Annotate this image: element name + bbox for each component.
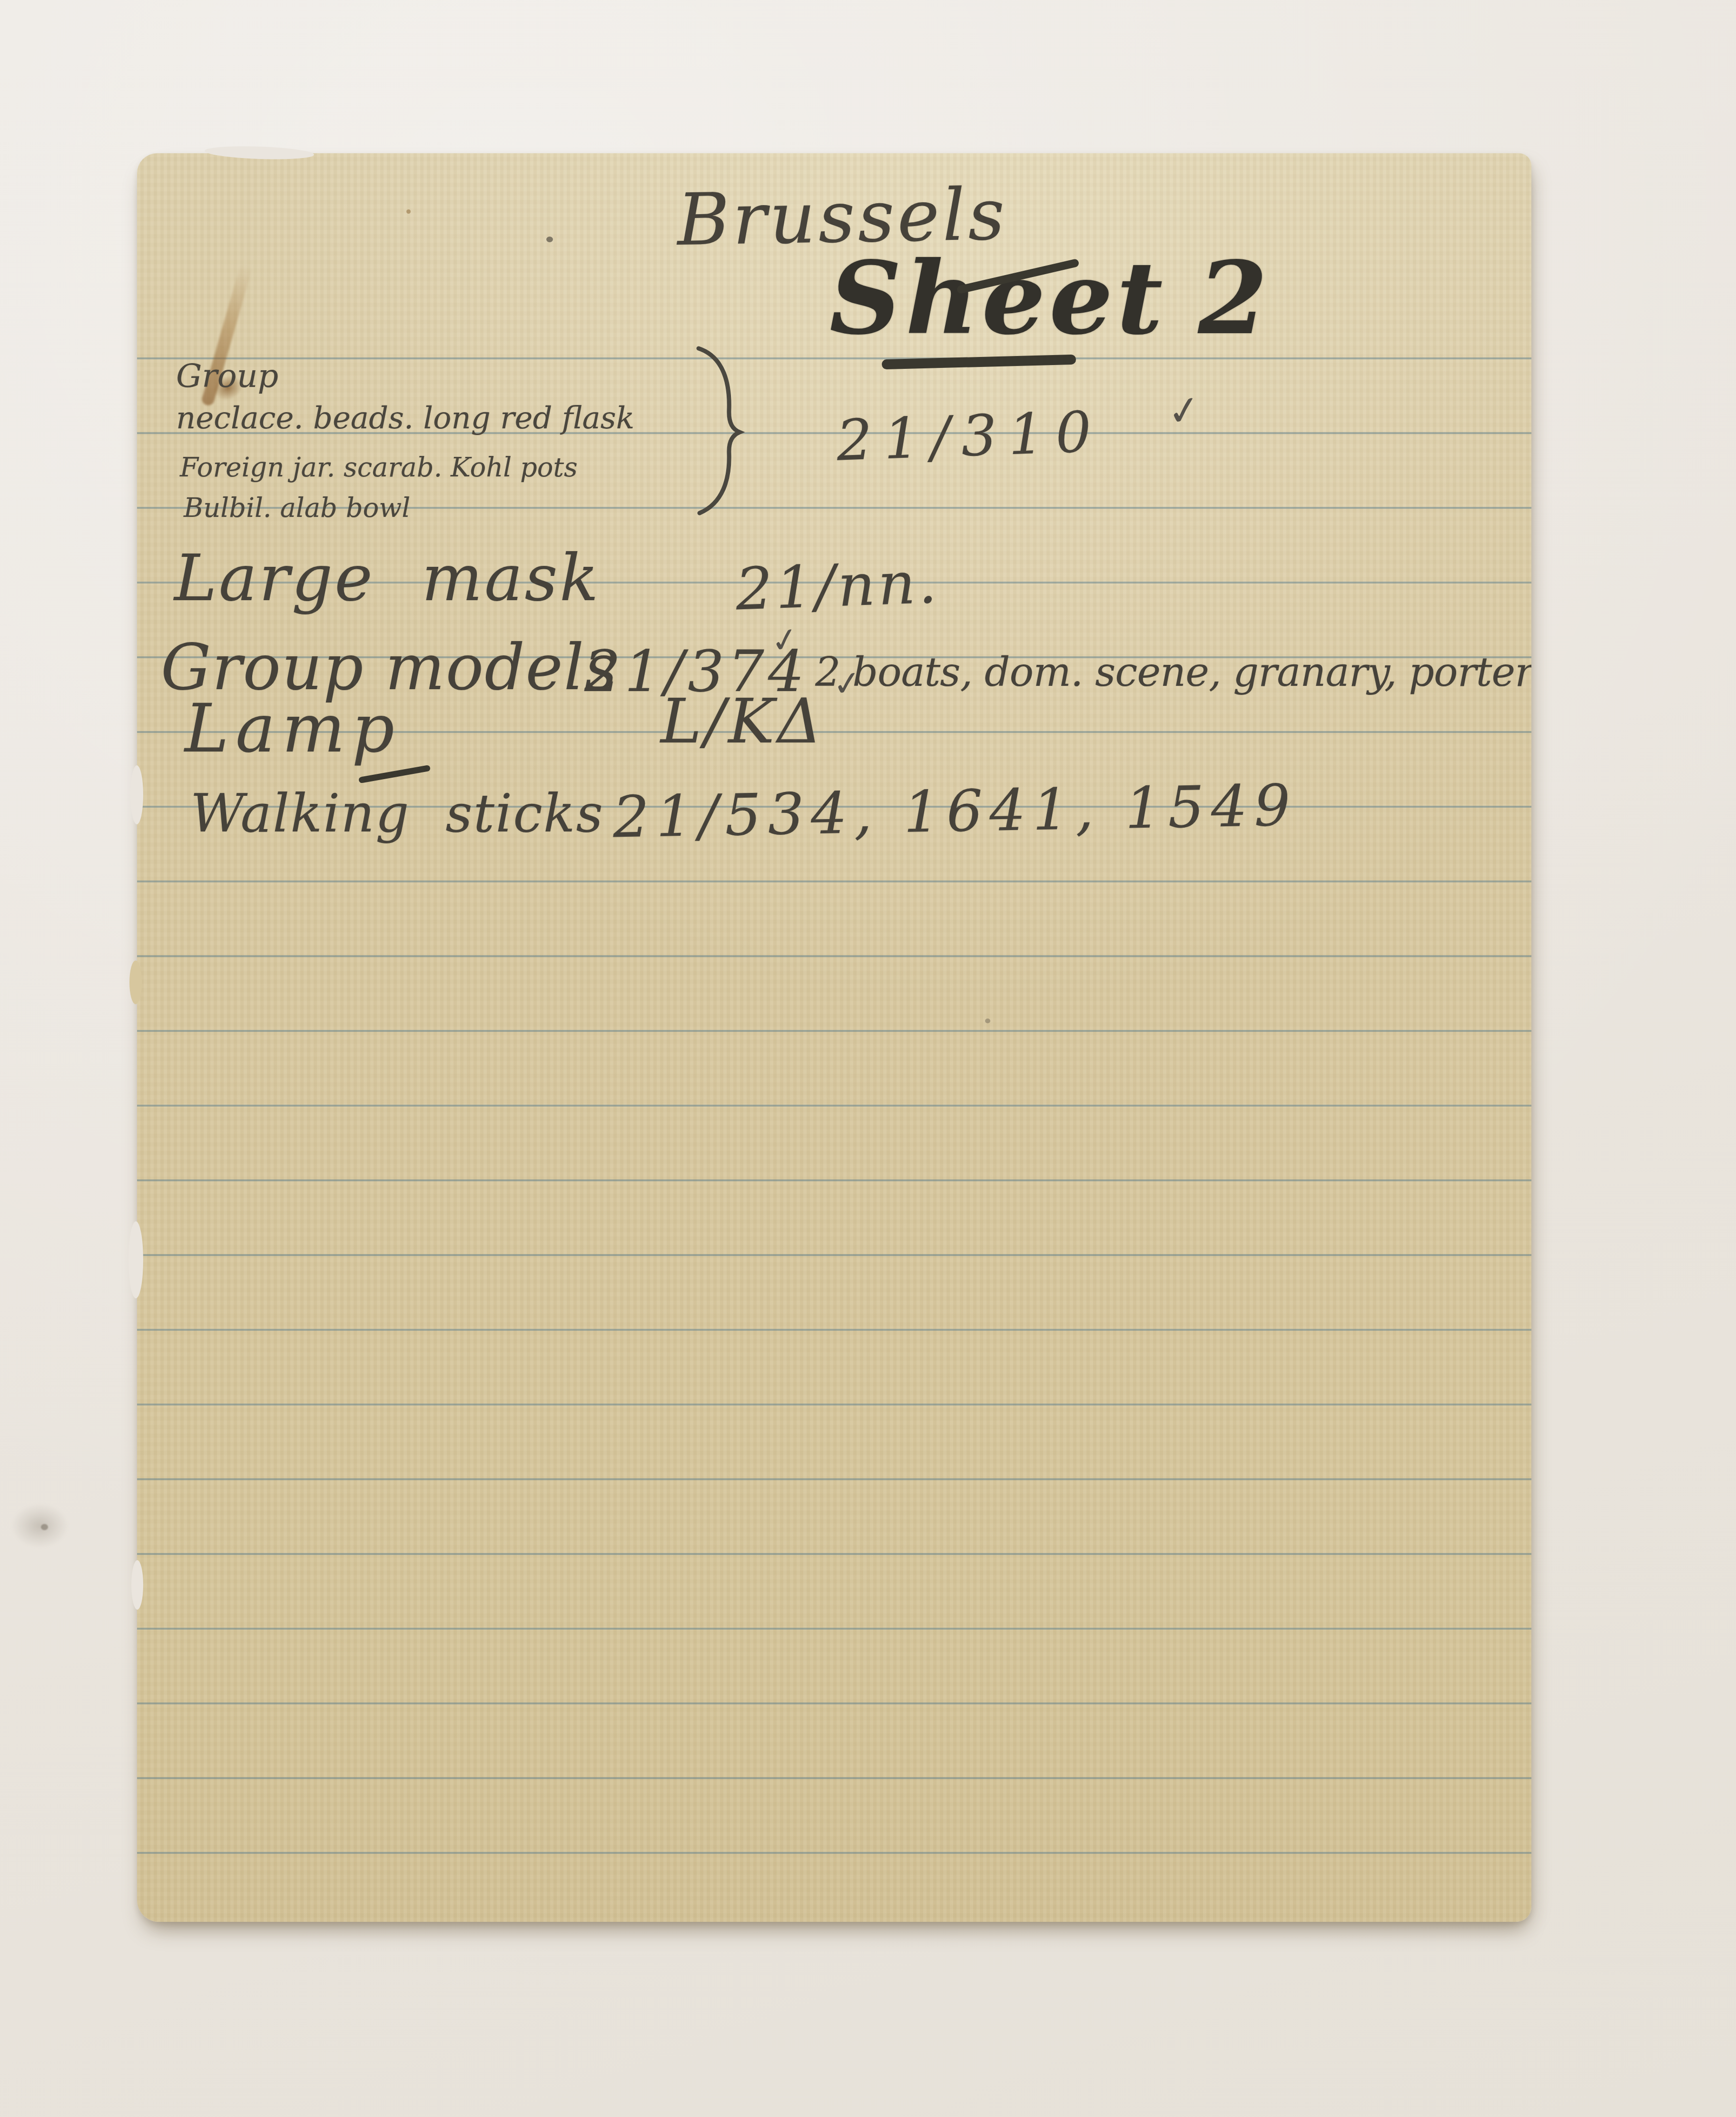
check-icon: ✓ [831, 662, 864, 705]
scanned-document: Brussels Sheet2 Group neclace. beads. lo… [0, 0, 1736, 2117]
sheet-number: 2 [1198, 239, 1272, 357]
closing-brace-icon [693, 345, 749, 516]
check-icon: ✓ [1164, 386, 1204, 436]
mat-smudge [11, 1504, 69, 1548]
notebook-sheet: Brussels Sheet2 Group neclace. beads. lo… [137, 153, 1531, 1922]
ink-speck [546, 237, 553, 242]
entry-label: Lamp [185, 696, 401, 762]
group-block-line: Foreign jar. scarab. Kohl pots [180, 455, 578, 481]
paper-speck [985, 1019, 990, 1023]
mat-dot [41, 1524, 48, 1530]
paper-speck [406, 209, 411, 214]
sheet-word: Sheet [829, 239, 1167, 357]
entry-number: 21/534, 1641, 1549 [612, 777, 1297, 846]
torn-edge-notch [130, 765, 143, 824]
entry-number: L/KΔ [661, 690, 825, 752]
sheet-label: Sheet2 [829, 248, 1272, 348]
entry-label: Walking sticks [190, 787, 604, 840]
entry-number: 21/nn. [735, 554, 940, 619]
group-block-line: Bulbil. alab bowl [184, 495, 410, 522]
entry-note: 2 boats, dom. scene, granary, porters [815, 652, 1531, 692]
group-block-line: Group [176, 360, 278, 393]
entry-label: Large mask [174, 546, 600, 610]
torn-edge-bump [129, 960, 142, 1004]
group-block-line: neclace. beads. long red flask [176, 403, 634, 434]
torn-edge-notch [128, 1221, 143, 1298]
torn-edge-notch [131, 1560, 143, 1610]
group-block-number: 21/310 [836, 403, 1104, 468]
